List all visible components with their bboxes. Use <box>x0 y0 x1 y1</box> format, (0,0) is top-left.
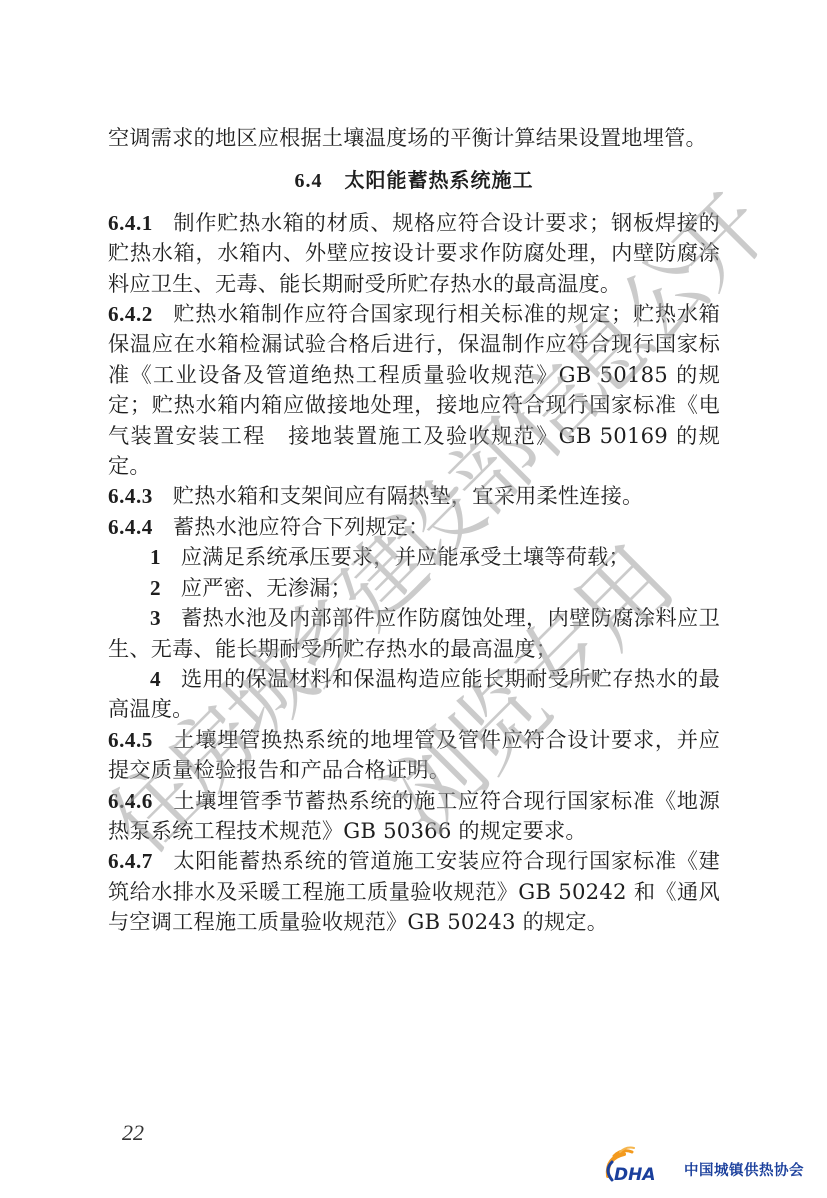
item-number: 4 <box>150 667 161 691</box>
clause-text: 太阳能蓄热系统的管道施工安装应符合现行国家标准《建筑给水排水及采暖工程施工质量验… <box>108 848 720 934</box>
list-item: 2应严密、无渗漏； <box>108 573 720 603</box>
item-text: 应严密、无渗漏； <box>181 575 352 600</box>
clause-6-4-4: 6.4.4蓄热水池应符合下列规定： <box>108 512 720 542</box>
list-item: 1应满足系统承压要求，并应能承受土壤等荷载； <box>108 542 720 572</box>
page-number: 22 <box>122 1120 144 1146</box>
clause-6-4-5: 6.4.5土壤埋管换热系统的地埋管及管件应符合设计要求，并应提交质量检验报告和产… <box>108 725 720 786</box>
clause-text: 蓄热水池应符合下列规定： <box>173 514 430 539</box>
item-text: 蓄热水池及内部部件应作防腐蚀处理，内壁防腐涂料应卫生、无毒、能长期耐受所贮存热水… <box>108 605 720 660</box>
clause-number: 6.4.1 <box>108 211 153 235</box>
clause-6-4-2: 6.4.2贮热水箱制作应符合国家现行相关标准的规定；贮热水箱保温应在水箱检漏试验… <box>108 299 720 481</box>
list-item: 4选用的保温材料和保温构造应能长期耐受所贮存热水的最高温度。 <box>108 664 720 725</box>
body-text: 空调需求的地区应根据土壤温度场的平衡计算结果设置地埋管。 6.4太阳能蓄热系统施… <box>108 123 720 938</box>
clause-number: 6.4.2 <box>108 302 153 326</box>
clause-number: 6.4.5 <box>108 728 153 752</box>
clause-number: 6.4.4 <box>108 515 153 539</box>
clause-number: 6.4.3 <box>108 484 153 508</box>
item-number: 3 <box>150 606 161 630</box>
clause-number: 6.4.6 <box>108 789 153 813</box>
item-number: 2 <box>150 576 161 600</box>
section-title: 太阳能蓄热系统施工 <box>345 168 534 192</box>
continued-paragraph: 空调需求的地区应根据土壤温度场的平衡计算结果设置地埋管。 <box>108 123 720 153</box>
item-number: 1 <box>150 545 161 569</box>
section-number: 6.4 <box>295 170 323 192</box>
clause-text: 土壤埋管季节蓄热系统的施工应符合现行国家标准《地源热泵系统工程技术规范》GB 5… <box>108 788 720 843</box>
svg-text:DHA: DHA <box>614 1165 656 1185</box>
item-text: 应满足系统承压要求，并应能承受土壤等荷载； <box>181 544 630 569</box>
clause-text: 制作贮热水箱的材质、规格应符合设计要求；钢板焊接的贮热水箱，水箱内、外壁应按设计… <box>108 210 720 296</box>
clause-6-4-7: 6.4.7太阳能蓄热系统的管道施工安装应符合现行国家标准《建筑给水排水及采暖工程… <box>108 846 720 937</box>
clause-number: 6.4.7 <box>108 849 153 873</box>
item-text: 选用的保温材料和保温构造应能长期耐受所贮存热水的最高温度。 <box>108 666 720 721</box>
section-heading: 6.4太阳能蓄热系统施工 <box>108 165 720 196</box>
cdha-logo: DHA 中国城镇供热协会 <box>600 1146 804 1182</box>
cdha-logo-name: 中国城镇供热协会 <box>684 1159 804 1180</box>
clause-6-4-1: 6.4.1制作贮热水箱的材质、规格应符合设计要求；钢板焊接的贮热水箱，水箱内、外… <box>108 208 720 299</box>
clause-text: 土壤埋管换热系统的地埋管及管件应符合设计要求，并应提交质量检验报告和产品合格证明… <box>108 727 720 782</box>
cdha-logo-icon: DHA <box>600 1146 680 1182</box>
clause-text: 贮热水箱制作应符合国家现行相关标准的规定；贮热水箱保温应在水箱检漏试验合格后进行… <box>108 301 720 478</box>
document-page: 空调需求的地区应根据土壤温度场的平衡计算结果设置地埋管。 6.4太阳能蓄热系统施… <box>0 0 827 1198</box>
clause-text: 贮热水箱和支架间应有隔热垫，宜采用柔性连接。 <box>173 483 644 508</box>
clause-6-4-6: 6.4.6土壤埋管季节蓄热系统的施工应符合现行国家标准《地源热泵系统工程技术规范… <box>108 786 720 847</box>
clause-6-4-3: 6.4.3贮热水箱和支架间应有隔热垫，宜采用柔性连接。 <box>108 481 720 511</box>
list-item: 3蓄热水池及内部部件应作防腐蚀处理，内壁防腐涂料应卫生、无毒、能长期耐受所贮存热… <box>108 603 720 664</box>
